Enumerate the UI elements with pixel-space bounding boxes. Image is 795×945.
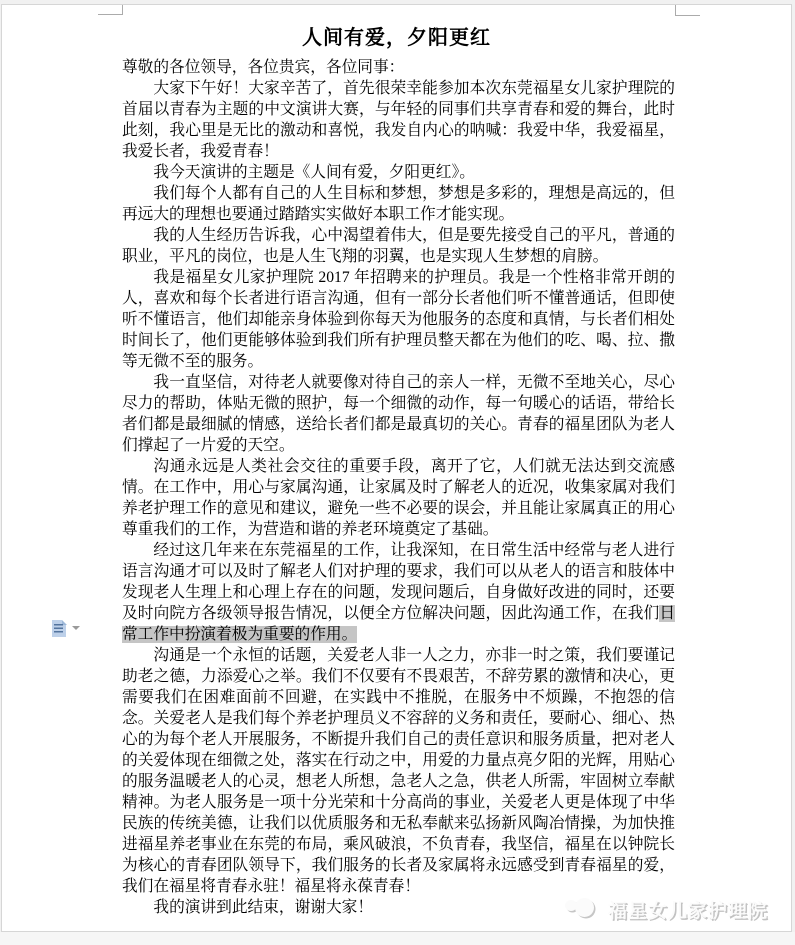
paragraph[interactable]: 大家下午好！大家辛苦了，首先很荣幸能参加本次东莞福星女儿家护理院的首届以青春为主…	[122, 78, 675, 162]
document-page[interactable]: 人间有爱，夕阳更红 尊敬的各位领导，各位贵宾，各位同事：大家下午好！大家辛苦了，…	[1, 4, 792, 932]
page-bottom-gap	[0, 932, 795, 945]
paste-options-document-icon	[52, 620, 66, 637]
paragraph[interactable]: 沟通永远是人类社会交往的重要手段，离开了它，人们就无法达到交流感情。在工作中，用…	[122, 456, 675, 540]
paragraph[interactable]: 经过这几年来在东莞福星的工作，让我深知，在日常生活中经常与老人进行语言沟通才可以…	[122, 540, 675, 645]
paragraph[interactable]: 我一直坚信，对待老人就要像对待自己的亲人一样，无微不至地关心，尽心尽力的帮助，体…	[122, 372, 675, 456]
paste-options-button[interactable]	[52, 617, 86, 639]
paragraph[interactable]: 尊敬的各位领导，各位贵宾，各位同事：	[122, 57, 675, 78]
paragraph[interactable]: 我的人生经历告诉我，心中渴望着伟大，但是要先接受自己的平凡，普通的职业，平凡的岗…	[122, 225, 675, 267]
brand-watermark: 福星女儿家护理院	[565, 893, 768, 925]
paragraph[interactable]: 我是福星女儿家护理院 2017 年招聘来的护理员。我是一个性格非常开朗的人，喜欢…	[122, 267, 675, 372]
chevron-down-icon[interactable]	[72, 626, 80, 630]
paragraph[interactable]: 我今天演讲的主题是《人间有爱，夕阳更红》。	[122, 162, 675, 183]
brand-watermark-text: 福星女儿家护理院	[608, 896, 768, 923]
paragraph[interactable]: 我们每个人都有自己的人生目标和梦想，梦想是多彩的，理想是高远的，但再远大的理想也…	[122, 183, 675, 225]
brand-logo-icon	[565, 895, 601, 923]
paragraph[interactable]: 沟通是一个永恒的话题，关爱老人非一人之力，亦非一时之策，我们要谨记助老之德，力添…	[122, 645, 675, 897]
document-body[interactable]: 尊敬的各位领导，各位贵宾，各位同事：大家下午好！大家辛苦了，首先很荣幸能参加本次…	[122, 57, 675, 918]
highlighted-text[interactable]: 日常工作中扮演着极为重要的作用。	[122, 605, 675, 643]
word-document-view: 人间有爱，夕阳更红 尊敬的各位领导，各位贵宾，各位同事：大家下午好！大家辛苦了，…	[0, 0, 795, 945]
document-title[interactable]: 人间有爱，夕阳更红	[2, 21, 791, 50]
